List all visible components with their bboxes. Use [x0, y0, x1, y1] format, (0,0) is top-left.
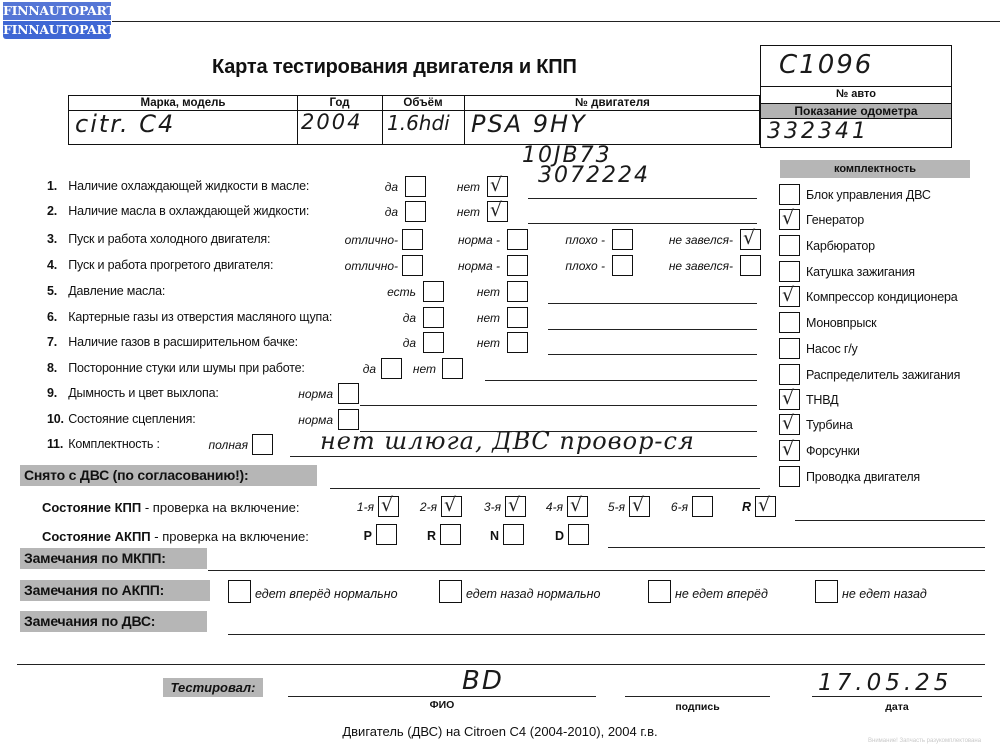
removed-line[interactable] [330, 488, 760, 489]
option-label: норма - [410, 259, 500, 273]
form-title: Карта тестирования двигателя и КПП [212, 56, 577, 79]
question-text: Пуск и работа холодного двигателя: [65, 232, 270, 246]
position-label: P [352, 529, 372, 543]
question-number: 2. [47, 204, 65, 218]
question-row: 9. Дымность и цвет выхлопа: [47, 386, 219, 400]
option-label: не завелся- [643, 233, 733, 247]
question-row: 6. Картерные газы из отверстия масляного… [47, 310, 332, 324]
completeness-checkbox[interactable] [779, 466, 800, 487]
completeness-checkbox[interactable]: √ [779, 389, 800, 410]
check-mark-icon: √ [508, 494, 520, 516]
position-checkbox[interactable] [440, 524, 461, 545]
question-text: Наличие газов в расширительном бачке: [65, 335, 298, 349]
gear-checkbox[interactable]: √ [567, 496, 588, 517]
check-mark-icon: √ [490, 174, 502, 196]
gear-label: 6-я [662, 500, 688, 514]
option-checkbox[interactable]: √ [487, 176, 508, 197]
question-text: Наличие масла в охлаждающей жидкости: [65, 204, 309, 218]
position-label: R [416, 529, 436, 543]
year-value[interactable]: 2004 [301, 110, 362, 134]
question-row: 3. Пуск и работа холодного двигателя: [47, 232, 270, 246]
question-number: 4. [47, 258, 65, 272]
option-label: норма [243, 387, 333, 401]
option-checkbox[interactable] [442, 358, 463, 379]
question-number: 1. [47, 179, 65, 193]
completeness-checkbox[interactable]: √ [779, 440, 800, 461]
answer-line[interactable] [548, 354, 757, 355]
question-row: 1. Наличие охлаждающей жидкости в масле: [47, 179, 309, 193]
answer-line[interactable] [528, 198, 757, 199]
top-divider [112, 21, 1000, 22]
position-label: N [479, 529, 499, 543]
vehicle-header-table: Марка, модель Год Объём № двигателя citr… [68, 95, 760, 145]
year-label: Год [297, 96, 382, 110]
option-label: полная [158, 438, 248, 452]
volume-value[interactable]: 1.6hdi [387, 111, 450, 135]
completeness-checkbox[interactable] [779, 261, 800, 282]
answer-line[interactable] [290, 456, 757, 457]
check-mark-icon: √ [381, 494, 393, 516]
completeness-checkbox[interactable]: √ [779, 286, 800, 307]
mkpp-remarks-line[interactable] [208, 570, 985, 571]
signature-label: подпись [625, 701, 770, 713]
question-row: 11. Комплектность : [47, 437, 160, 451]
removed-section-label: Снято с ДВС (по согласованию!): [20, 465, 317, 486]
image-caption: Двигатель (ДВС) на Citroen C4 (2004-2010… [0, 724, 1000, 739]
option-label: есть [326, 285, 416, 299]
brand-model-label: Марка, модель [69, 96, 297, 110]
brand-model-value[interactable]: citr. C4 [75, 110, 175, 138]
dvs-remarks-line[interactable] [228, 634, 985, 635]
position-label: D [544, 529, 564, 543]
question-row: 2. Наличие масла в охлаждающей жидкости: [47, 204, 309, 218]
brand-logo: FINNAUTOPARTS [3, 2, 111, 20]
option-checkbox[interactable] [507, 332, 528, 353]
car-number-value[interactable]: C1096 [779, 50, 873, 80]
option-label: норма [243, 413, 333, 427]
car-info-box: C1096 № авто Показание одометра 332341 [760, 45, 952, 148]
completeness-checkbox[interactable] [779, 312, 800, 333]
completeness-item-label: Блок управления ДВС [806, 188, 931, 202]
question-number: 6. [47, 310, 65, 324]
completeness-item-label: ТНВД [806, 393, 838, 407]
option-label: нет [346, 362, 436, 376]
fio-label: ФИО [288, 699, 596, 711]
gear-checkbox[interactable] [692, 496, 713, 517]
dvs-remarks-line-2[interactable] [17, 664, 985, 665]
akpp-label: Состояние АКПП - проверка на включение: [42, 529, 309, 544]
completeness-checkbox[interactable] [779, 364, 800, 385]
odometer-value[interactable]: 332341 [767, 119, 869, 144]
completeness-checkbox[interactable]: √ [779, 414, 800, 435]
akpp-remark-checkbox[interactable] [648, 580, 671, 603]
check-mark-icon: √ [758, 494, 770, 516]
check-mark-icon: √ [782, 207, 794, 229]
answer-line[interactable] [485, 380, 757, 381]
gear-checkbox[interactable]: √ [755, 496, 776, 517]
gear-checkbox[interactable]: √ [505, 496, 526, 517]
option-checkbox[interactable] [252, 434, 273, 455]
engine-number-label: № двигателя [464, 96, 761, 110]
question-text: Наличие охлаждающей жидкости в масле: [65, 179, 309, 193]
question-number: 10. [47, 412, 65, 426]
akpp-remark-checkbox[interactable] [228, 580, 251, 603]
question-text: Пуск и работа прогретого двигателя: [65, 258, 273, 272]
option-label: нет [410, 285, 500, 299]
question-number: 3. [47, 232, 65, 246]
option-label: плохо - [515, 233, 605, 247]
question-number: 9. [47, 386, 65, 400]
option-checkbox[interactable] [338, 383, 359, 404]
option-label: нет [390, 180, 480, 194]
question-number: 7. [47, 335, 65, 349]
check-mark-icon: √ [632, 494, 644, 516]
volume-label: Объём [382, 96, 464, 110]
option-label: плохо - [515, 259, 605, 273]
completeness-checkbox[interactable] [779, 184, 800, 205]
question-row: 10. Состояние сцепления: [47, 412, 195, 426]
fio-line[interactable] [288, 696, 596, 697]
option-checkbox[interactable]: √ [487, 201, 508, 222]
option-label: нет [390, 205, 480, 219]
kpp-label: Состояние КПП - проверка на включение: [42, 500, 299, 515]
check-mark-icon: √ [782, 412, 794, 434]
check-mark-icon: √ [743, 227, 755, 249]
gear-label: 2-я [411, 500, 437, 514]
option-checkbox[interactable] [612, 255, 633, 276]
completeness-item-label: Моновпрыск [806, 316, 876, 330]
answer-line[interactable] [548, 329, 757, 330]
position-checkbox[interactable] [503, 524, 524, 545]
check-mark-icon: √ [570, 494, 582, 516]
akpp-remark-label: едет назад нормально [466, 587, 600, 601]
check-mark-icon: √ [490, 199, 502, 221]
gear-label: 4-я [537, 500, 563, 514]
option-label: да [308, 205, 398, 219]
completeness-item-label: Компрессор кондиционера [806, 290, 958, 304]
question-text: Состояние сцепления: [65, 412, 195, 426]
completeness-item-label: Турбина [806, 418, 853, 432]
completeness-item-label: Катушка зажигания [806, 265, 915, 279]
completeness-checkbox[interactable] [779, 235, 800, 256]
option-checkbox[interactable]: √ [740, 229, 761, 250]
signature-line[interactable] [625, 696, 770, 697]
tested-by-label: Тестировал: [163, 678, 263, 697]
completeness-checkbox[interactable]: √ [779, 209, 800, 230]
option-label: не завелся- [643, 259, 733, 273]
completeness-note[interactable]: нет шлюга, ДВС провор-ся [320, 427, 695, 455]
question-number: 11. [47, 437, 65, 451]
akpp-notes-line[interactable] [608, 547, 985, 548]
akpp-remarks-label: Замечания по АКПП: [20, 580, 210, 601]
check-mark-icon: √ [782, 387, 794, 409]
question-row: 7. Наличие газов в расширительном бачке: [47, 335, 298, 349]
option-label: да [326, 311, 416, 325]
completeness-item-label: Распределитель зажигания [806, 368, 960, 382]
mkpp-remarks-label: Замечания по МКПП: [20, 548, 207, 569]
question-text: Посторонние стуки или шумы при работе: [65, 361, 305, 375]
question-number: 5. [47, 284, 65, 298]
position-checkbox[interactable] [376, 524, 397, 545]
dvs-remarks-label: Замечания по ДВС: [20, 611, 207, 632]
akpp-remark-label: не едет вперёд [675, 587, 768, 601]
check-mark-icon: √ [782, 438, 794, 460]
completeness-item-label: Насос г/у [806, 342, 858, 356]
option-label: нет [410, 336, 500, 350]
question-number: 8. [47, 361, 65, 375]
completeness-item-label: Проводка двигателя [806, 470, 920, 484]
completeness-item-label: Карбюратор [806, 239, 875, 253]
gear-label: R [725, 500, 751, 514]
completeness-item-label: Генератор [806, 213, 864, 227]
position-checkbox[interactable] [568, 524, 589, 545]
check-mark-icon: √ [444, 494, 456, 516]
completeness-header: комплектность [780, 160, 970, 178]
akpp-remark-checkbox[interactable] [815, 580, 838, 603]
gear-label: 3-я [475, 500, 501, 514]
date-label: дата [812, 701, 982, 713]
option-checkbox[interactable] [740, 255, 761, 276]
gear-checkbox[interactable]: √ [378, 496, 399, 517]
question-row: 8. Посторонние стуки или шумы при работе… [47, 361, 305, 375]
akpp-remark-checkbox[interactable] [439, 580, 462, 603]
check-mark-icon: √ [782, 284, 794, 306]
akpp-remark-label: едет вперёд нормально [255, 587, 398, 601]
answer-line[interactable] [360, 405, 757, 406]
kpp-notes-line[interactable] [795, 520, 985, 521]
gear-label: 1-я [348, 500, 374, 514]
option-label: да [326, 336, 416, 350]
option-label: отлично- [308, 233, 398, 247]
option-label: отлично- [308, 259, 398, 273]
question-text: Картерные газы из отверстия масляного щу… [65, 310, 332, 324]
completeness-item-label: Форсунки [806, 444, 860, 458]
gear-checkbox[interactable]: √ [441, 496, 462, 517]
question-text: Комплектность : [65, 437, 160, 451]
question-row: 5. Давление масла: [47, 284, 165, 298]
watermark: Внимание! Запчасть разукомплектована [868, 738, 981, 744]
option-checkbox[interactable] [612, 229, 633, 250]
question-text: Дымность и цвет выхлопа: [65, 386, 219, 400]
option-label: да [308, 180, 398, 194]
option-checkbox[interactable] [507, 281, 528, 302]
option-label: нет [410, 311, 500, 325]
box-divider [761, 86, 951, 87]
option-label: норма - [410, 233, 500, 247]
completeness-checkbox[interactable] [779, 338, 800, 359]
odometer-label: Показание одометра [761, 104, 951, 118]
question-text: Давление масла: [65, 284, 165, 298]
engine-number-extra-2: 3072224 [538, 163, 650, 188]
car-number-label: № авто [761, 88, 951, 100]
question-row: 4. Пуск и работа прогретого двигателя: [47, 258, 273, 272]
brand-logo-secondary: FINNAUTOPARTS [3, 21, 111, 39]
gear-checkbox[interactable]: √ [629, 496, 650, 517]
akpp-remark-label: не едет назад [842, 587, 927, 601]
answer-line[interactable] [548, 303, 757, 304]
fio-value[interactable]: BD [462, 666, 504, 696]
option-checkbox[interactable] [507, 307, 528, 328]
date-line[interactable] [812, 696, 982, 697]
engine-number-value[interactable]: PSA 9HY [471, 110, 587, 138]
gear-label: 5-я [599, 500, 625, 514]
answer-line[interactable] [528, 223, 757, 224]
date-value[interactable]: 17.05.25 [818, 670, 952, 696]
